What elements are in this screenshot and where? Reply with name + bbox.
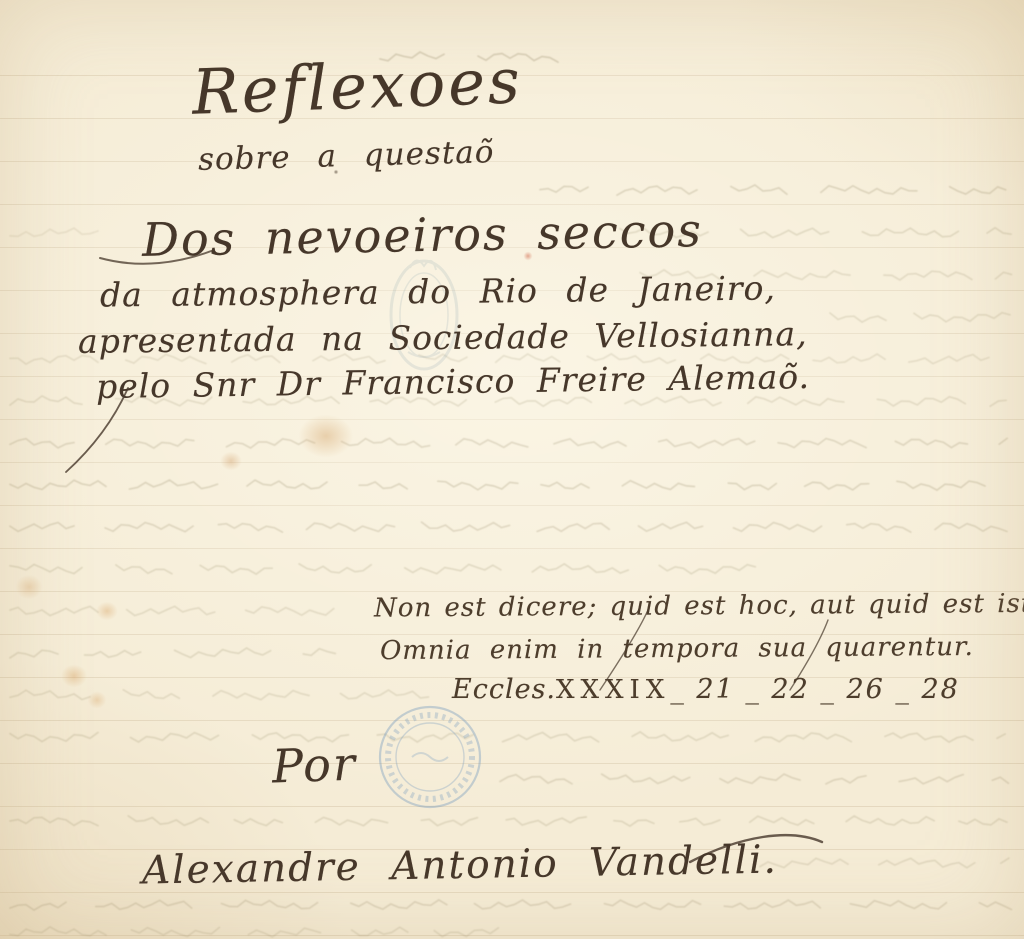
bleedthrough-line — [10, 690, 429, 700]
bleedthrough-handwriting-layer — [0, 0, 1024, 939]
bleedthrough-line — [10, 732, 1005, 742]
bleedthrough-line — [10, 816, 1007, 826]
foxing-stain — [288, 406, 364, 466]
foxing-stain — [92, 598, 122, 624]
bleedthrough-line — [500, 774, 1008, 784]
heading: Dos nevoeiros seccos — [142, 203, 704, 267]
subtitle: sobre a questaõ — [198, 134, 495, 178]
foxing-stain — [56, 660, 92, 692]
author-name: Alexandre Antonio Vandelli. — [142, 837, 779, 893]
foxing-stain — [10, 570, 48, 604]
epigraph-line-1: Non est dicere; quid est hoc, aut quid e… — [374, 589, 1024, 624]
byline: Por — [271, 737, 358, 794]
bleedthrough-line — [10, 927, 498, 937]
bleedthrough-line — [760, 858, 1009, 868]
archive-stamp — [0, 0, 1024, 939]
bleedthrough-line — [10, 564, 755, 574]
epigraph-citation: Eccles.XXXIX_ 21 _ 22 _ 26 _ 28 — [452, 674, 960, 705]
bleedthrough-line — [10, 648, 335, 658]
manuscript-page: Reflexoes sobre a questaõ Dos nevoeiros … — [0, 0, 1024, 939]
bleedthrough-line — [10, 900, 1011, 910]
bleedthrough-line — [830, 313, 1010, 322]
bleedthrough-line — [10, 606, 334, 615]
foxing-stain — [216, 448, 246, 474]
subheading-line-1: da atmosphera do Rio de Janeiro, — [100, 268, 776, 314]
foxing-stain — [84, 688, 110, 712]
epigraph-line-2: Omnia enim in tempora sua quarentur. — [380, 632, 974, 666]
bleedthrough-line — [10, 522, 1007, 532]
pen-flourishes — [0, 0, 1024, 939]
subheading-line-3: pelo Snr Dr Francisco Freire Alemaõ. — [96, 357, 811, 406]
bleedthrough-line — [10, 228, 98, 236]
title: Reflexoes — [191, 44, 524, 128]
bleedthrough-line — [540, 185, 1006, 195]
bleedthrough-line — [10, 480, 1010, 490]
citation-verses: _ 21 _ 22 _ 26 _ 28 — [670, 674, 960, 705]
citation-chapter-roman: XXXIX — [556, 675, 670, 705]
subheading-line-2: apresentada na Sociedade Vellosianna, — [78, 314, 808, 361]
citation-book: Eccles. — [452, 674, 556, 705]
bleedthrough-line — [10, 438, 1007, 448]
center-seal — [0, 0, 1024, 939]
